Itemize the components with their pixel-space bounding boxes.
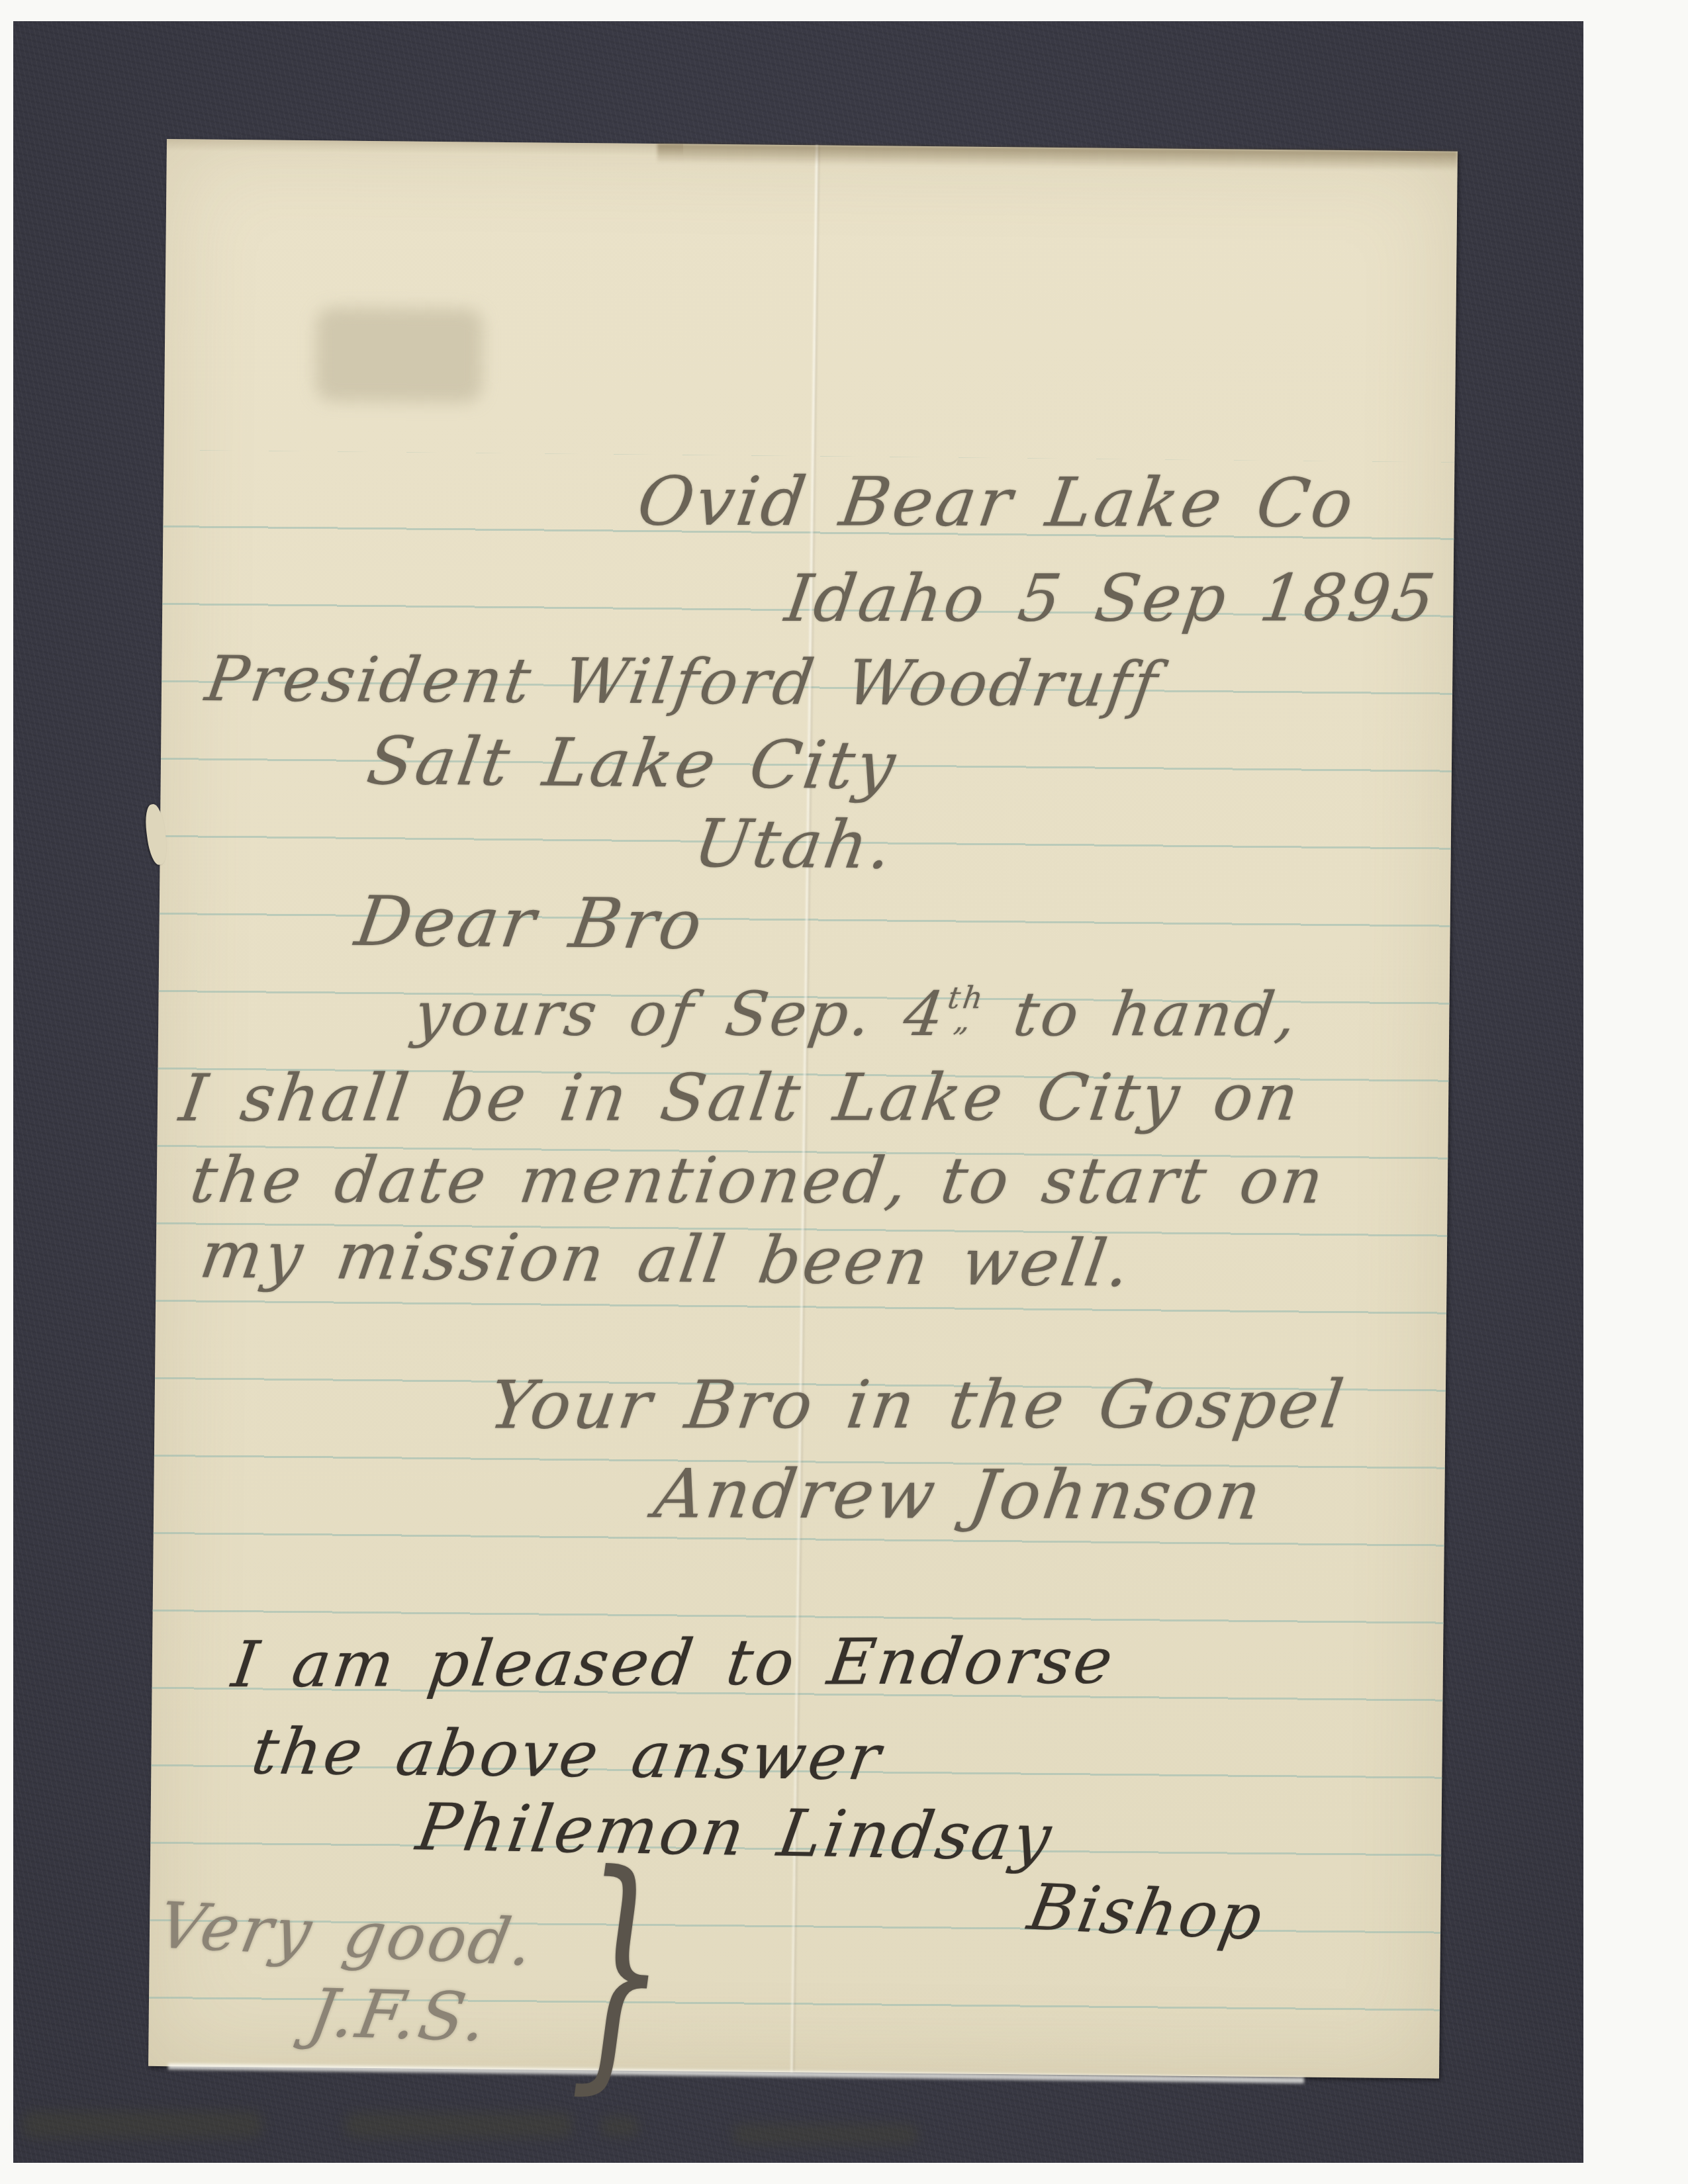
recipient-state: Utah.: [690, 811, 898, 879]
signature-philemon-lindsay: Philemon Lindsay: [412, 1795, 1058, 1870]
endorsement-title: Bishop: [1024, 1876, 1270, 1950]
salutation: Dear Bro: [352, 887, 709, 959]
body-line-1: yours of Sep. 4th„ to hand,: [410, 984, 1303, 1046]
signature-andrew-johnson: Andrew Johnson: [651, 1461, 1268, 1529]
annotation-brace: }: [569, 1841, 669, 2099]
faded-caption-smudge: [600, 2116, 639, 2136]
recipient-name: President Wilford Woodruff: [202, 649, 1164, 717]
top-edge-shadow: [657, 144, 1458, 171]
bottom-edge-highlight: [168, 2064, 1304, 2083]
body-line-3: the date mentioned, to start on: [187, 1148, 1329, 1212]
faded-caption-smudge: [732, 2124, 919, 2144]
endorsement-line-2: the above answer: [248, 1719, 886, 1789]
letter-paper: Ovid Bear Lake Co Idaho 5 Sep 1895 Presi…: [148, 139, 1458, 2079]
body-line-4: my mission all been well.: [196, 1223, 1137, 1297]
recipient-city: Salt Lake City: [363, 728, 902, 799]
top-edge-shadow-light: [167, 139, 683, 156]
annotation-very-good: Very good.: [154, 1893, 541, 1975]
superscript-th: th„: [943, 986, 987, 1032]
dark-fabric-mat: Ovid Bear Lake Co Idaho 5 Sep 1895 Presi…: [13, 21, 1583, 2163]
endorsement-line-1: I am pleased to Endorse: [228, 1629, 1119, 1697]
annotation-initials-jfs: J.F.S.: [305, 1980, 494, 2051]
dateline-date: Idaho 5 Sep 1895: [782, 566, 1441, 631]
faded-caption-smudge: [21, 2111, 263, 2138]
closing-line: Your Bro in the Gospel: [486, 1371, 1350, 1438]
body-line-1-text: yours of Sep. 4: [410, 979, 951, 1050]
faded-caption-smudge: [344, 2113, 573, 2138]
ghost-stain: [315, 307, 483, 402]
dateline-place: Ovid Bear Lake Co: [633, 469, 1360, 538]
body-line-2: I shall be in Salt Lake City on: [176, 1066, 1305, 1131]
body-line-1-tail: to hand,: [978, 979, 1303, 1050]
scanned-letter-page: Ovid Bear Lake Co Idaho 5 Sep 1895 Presi…: [0, 0, 1688, 2184]
